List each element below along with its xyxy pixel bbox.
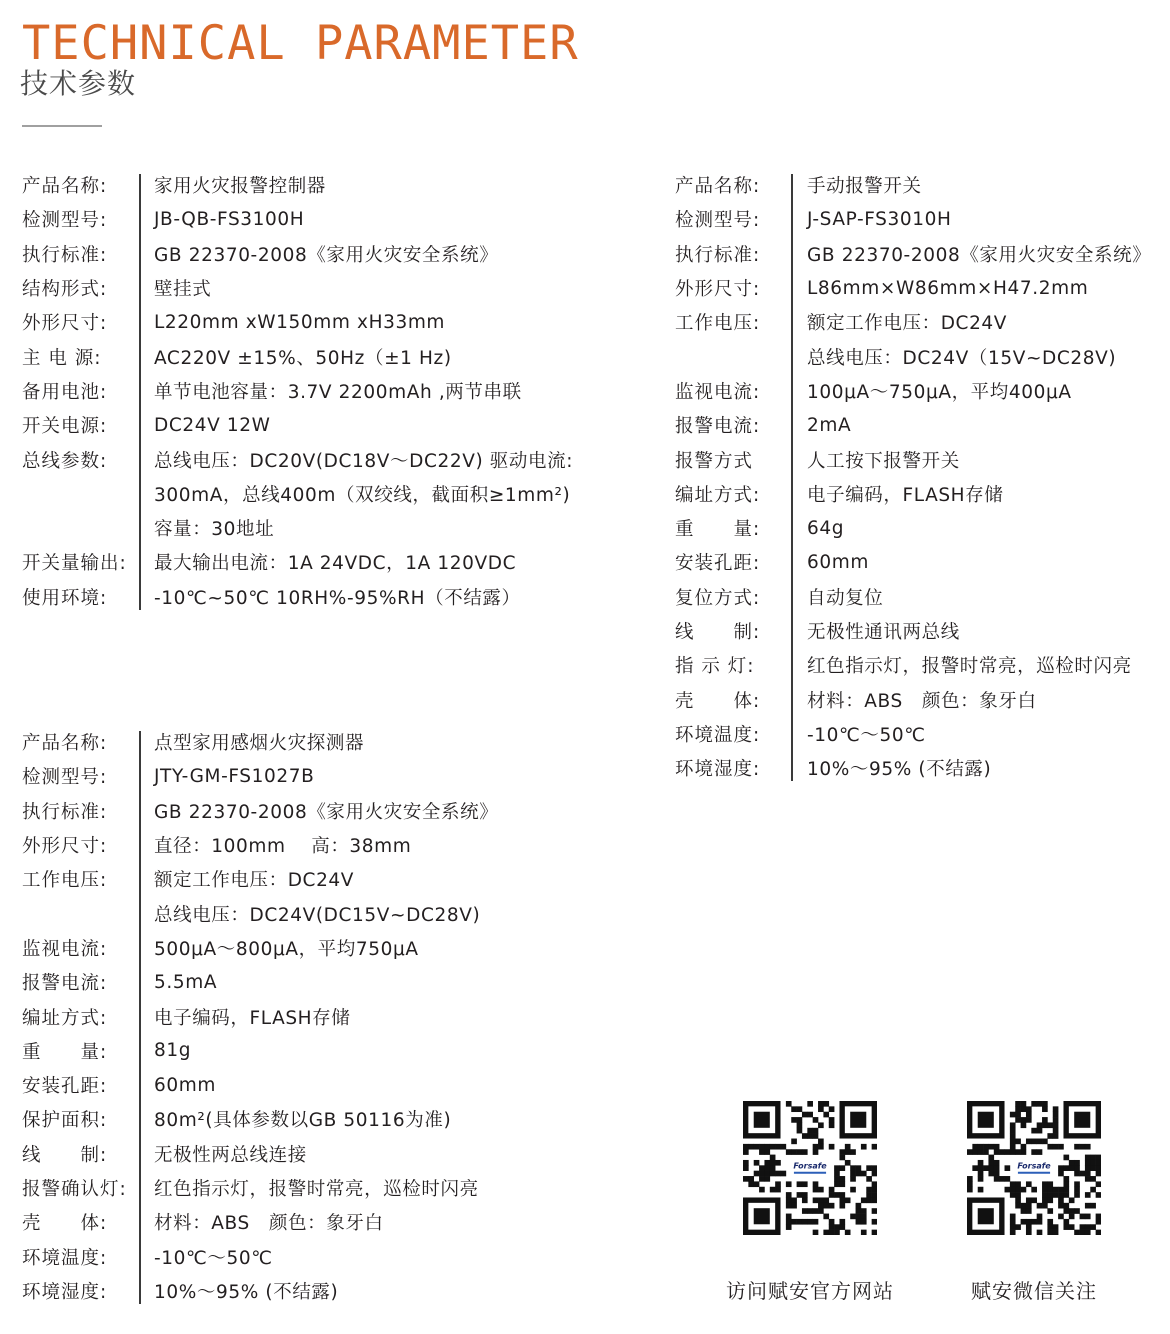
spec-value: 无极性两总线连接: [154, 1141, 307, 1167]
spec-row: 编址方式:电子编码，FLASH存储: [22, 999, 498, 1033]
spec-label: 复位方式:: [675, 584, 807, 610]
spec-row: 总线电压：DC24V(DC15V~DC28V): [22, 896, 498, 930]
spec-value: 60mm: [154, 1075, 216, 1096]
spec-row: 重 量:81g: [22, 1034, 498, 1068]
spec-value: 500μA～800μA，平均750μA: [154, 935, 419, 961]
spec-label: 保护面积:: [22, 1106, 154, 1132]
spec-row: 备用电池:单节电池容量：3.7V 2200mAh ,两节串联: [22, 374, 573, 408]
spec-value: -10℃～50℃: [154, 1244, 273, 1270]
spec-label: 主 电 源:: [22, 344, 154, 370]
spec-value: 材料：ABS 颜色：象牙白: [154, 1209, 384, 1235]
spec-label: 壳 体:: [22, 1209, 154, 1235]
spec-value: -10℃～50℃: [807, 721, 926, 747]
spec-row: 环境湿度:10%～95% (不结露): [22, 1274, 498, 1308]
spec-value: 60mm: [807, 552, 869, 573]
spec-label: 环境温度:: [675, 721, 807, 747]
spec-label: 产品名称:: [22, 729, 154, 755]
spec-value: 额定工作电压：DC24V: [807, 309, 1007, 335]
spec-row: 使用环境:-10℃~50℃ 10RH%-95%RH（不结露）: [22, 580, 573, 614]
spec-value: 电子编码，FLASH存储: [807, 481, 1003, 507]
spec-row: 执行标准:GB 22370-2008《家用火灾安全系统》: [675, 237, 1151, 271]
spec-row: 外形尺寸:L220mm xW150mm xH33mm: [22, 305, 573, 339]
spec-value: 总线电压：DC24V（15V~DC28V): [807, 344, 1116, 370]
spec-row: 指 示 灯:红色指示灯，报警时常亮，巡检时闪亮: [675, 648, 1151, 682]
spec-value: J-SAP-FS3010H: [807, 209, 952, 230]
spec-label: 使用环境:: [22, 584, 154, 610]
spec-value: 10%～95% (不结露): [154, 1278, 338, 1304]
spec-label: 报警电流:: [675, 412, 807, 438]
spec-label: 检测型号:: [22, 763, 154, 789]
spec-value: 手动报警开关: [807, 172, 922, 198]
spec-row: 监视电流:500μA～800μA，平均750μA: [22, 931, 498, 965]
spec-label: 开关电源:: [22, 412, 154, 438]
spec-label: 备用电池:: [22, 378, 154, 404]
spec-value: 81g: [154, 1040, 191, 1061]
spec-value: 直径：100mm 高：38mm: [154, 832, 411, 858]
spec-label: 重 量:: [675, 515, 807, 541]
spec-table-smoke-detector: 产品名称:点型家用感烟火灾探测器检测型号:JTY-GM-FS1027B执行标准:…: [22, 725, 498, 1308]
spec-row: 报警确认灯:红色指示灯，报警时常亮，巡检时闪亮: [22, 1171, 498, 1205]
spec-value: 自动复位: [807, 584, 883, 610]
spec-row: 壳 体:材料：ABS 颜色：象牙白: [675, 682, 1151, 716]
spec-label: 外形尺寸:: [22, 309, 154, 335]
spec-label: 检测型号:: [22, 206, 154, 232]
spec-value: GB 22370-2008《家用火灾安全系统》: [807, 241, 1151, 267]
svg-text:Forsafe: Forsafe: [1017, 1162, 1051, 1171]
spec-label: 安装孔距:: [675, 549, 807, 575]
spec-row: 容量：30地址: [22, 511, 573, 545]
spec-label: 环境温度:: [22, 1244, 154, 1270]
spec-row: 外形尺寸:直径：100mm 高：38mm: [22, 828, 498, 862]
spec-row: 线 制:无极性通讯两总线: [675, 614, 1151, 648]
spec-row: 开关电源:DC24V 12W: [22, 408, 573, 442]
spec-label: 报警方式: [675, 447, 807, 473]
spec-row: 重 量:64g: [675, 511, 1151, 545]
column-divider: [139, 731, 141, 1304]
spec-value: 80m²(具体参数以GB 50116为准): [154, 1106, 451, 1132]
spec-row: 安装孔距:60mm: [22, 1068, 498, 1102]
page-subtitle: 技术参数: [20, 66, 136, 102]
spec-row: 环境温度:-10℃～50℃: [675, 717, 1151, 751]
qr-caption: 赋安微信关注: [964, 1275, 1104, 1304]
spec-row: 复位方式:自动复位: [675, 580, 1151, 614]
spec-row: 总线参数:总线电压：DC20V(DC18V～DC22V) 驱动电流:: [22, 442, 573, 476]
spec-row: 执行标准:GB 22370-2008《家用火灾安全系统》: [22, 794, 498, 828]
spec-label: 线 制:: [675, 618, 807, 644]
spec-value: GB 22370-2008《家用火灾安全系统》: [154, 241, 498, 267]
spec-row: 检测型号:J-SAP-FS3010H: [675, 202, 1151, 236]
title-divider: [22, 125, 102, 127]
spec-value: 5.5mA: [154, 972, 217, 993]
spec-row: 工作电压:额定工作电压：DC24V: [675, 305, 1151, 339]
spec-label: 工作电压:: [22, 866, 154, 892]
spec-table-manual-switch: 产品名称:手动报警开关检测型号:J-SAP-FS3010H执行标准:GB 223…: [675, 168, 1151, 785]
spec-value: 100μA～750μA，平均400μA: [807, 378, 1072, 404]
spec-value: 点型家用感烟火灾探测器: [154, 729, 364, 755]
spec-value: L220mm xW150mm xH33mm: [154, 312, 445, 333]
spec-label: 外形尺寸:: [22, 832, 154, 858]
spec-row: 环境温度:-10℃～50℃: [22, 1239, 498, 1273]
spec-label: 编址方式:: [22, 1004, 154, 1030]
spec-label: 产品名称:: [22, 172, 154, 198]
spec-row: 总线电压：DC24V（15V~DC28V): [675, 339, 1151, 373]
spec-value: 总线电压：DC24V(DC15V~DC28V): [154, 901, 480, 927]
spec-value: 家用火灾报警控制器: [154, 172, 326, 198]
column-divider: [791, 174, 793, 781]
spec-row: 报警电流:2mA: [675, 408, 1151, 442]
spec-label: 环境湿度:: [22, 1278, 154, 1304]
spec-value: 人工按下报警开关: [807, 447, 960, 473]
spec-label: 执行标准:: [22, 241, 154, 267]
spec-row: 主 电 源:AC220V ±15%、50Hz（±1 Hz): [22, 339, 573, 373]
spec-table-controller: 产品名称:家用火灾报警控制器检测型号:JB-QB-FS3100H执行标准:GB …: [22, 168, 573, 614]
spec-label: 指 示 灯:: [675, 652, 807, 678]
spec-value: GB 22370-2008《家用火灾安全系统》: [154, 798, 498, 824]
spec-row: 开关量输出:最大输出电流：1A 24VDC，1A 120VDC: [22, 545, 573, 579]
spec-label: 壳 体:: [675, 687, 807, 713]
spec-label: 产品名称:: [675, 172, 807, 198]
spec-label: 编址方式:: [675, 481, 807, 507]
svg-text:Forsafe: Forsafe: [793, 1162, 827, 1171]
spec-row: 外形尺寸:L86mm×W86mm×H47.2mm: [675, 271, 1151, 305]
spec-label: 监视电流:: [22, 935, 154, 961]
spec-row: 监视电流:100μA～750μA，平均400μA: [675, 374, 1151, 408]
spec-value: 壁挂式: [154, 275, 211, 301]
qr-caption: 访问赋安官方网站: [722, 1275, 898, 1304]
spec-value: 最大输出电流：1A 24VDC，1A 120VDC: [154, 549, 516, 575]
qr-official-website: Forsafe 访问赋安官方网站: [722, 1101, 898, 1304]
spec-value: 红色指示灯，报警时常亮，巡检时闪亮: [807, 652, 1132, 678]
qr-code-icon: Forsafe: [743, 1101, 877, 1235]
spec-value: JTY-GM-FS1027B: [154, 766, 314, 787]
spec-value: DC24V 12W: [154, 415, 270, 436]
spec-value: JB-QB-FS3100H: [154, 209, 304, 230]
spec-value: 电子编码，FLASH存储: [154, 1004, 350, 1030]
spec-row: 壳 体:材料：ABS 颜色：象牙白: [22, 1205, 498, 1239]
spec-row: 报警电流:5.5mA: [22, 965, 498, 999]
spec-label: 执行标准:: [22, 798, 154, 824]
spec-row: 线 制:无极性两总线连接: [22, 1137, 498, 1171]
spec-row: 产品名称:点型家用感烟火灾探测器: [22, 725, 498, 759]
qr-code-icon: Forsafe: [967, 1101, 1101, 1235]
spec-value: 64g: [807, 518, 844, 539]
spec-label: 报警电流:: [22, 969, 154, 995]
spec-row: 环境湿度:10%～95% (不结露): [675, 751, 1151, 785]
spec-value: 容量：30地址: [154, 515, 274, 541]
spec-value: 额定工作电压：DC24V: [154, 866, 354, 892]
spec-value: L86mm×W86mm×H47.2mm: [807, 278, 1088, 299]
spec-value: 红色指示灯，报警时常亮，巡检时闪亮: [154, 1175, 479, 1201]
page-title: TECHNICAL PARAMETER: [22, 16, 579, 72]
spec-row: 检测型号:JB-QB-FS3100H: [22, 202, 573, 236]
spec-label: 外形尺寸:: [675, 275, 807, 301]
spec-value: 材料：ABS 颜色：象牙白: [807, 687, 1037, 713]
spec-row: 工作电压:额定工作电压：DC24V: [22, 862, 498, 896]
spec-row: 保护面积:80m²(具体参数以GB 50116为准): [22, 1102, 498, 1136]
spec-value: 单节电池容量：3.7V 2200mAh ,两节串联: [154, 378, 522, 404]
spec-label: 重 量:: [22, 1038, 154, 1064]
spec-value: AC220V ±15%、50Hz（±1 Hz): [154, 344, 452, 370]
spec-value: 总线电压：DC20V(DC18V～DC22V) 驱动电流:: [154, 447, 573, 473]
spec-value: 2mA: [807, 415, 851, 436]
column-divider: [139, 174, 141, 610]
qr-wechat-follow: Forsafe 赋安微信关注: [964, 1101, 1104, 1304]
spec-row: 结构形式:壁挂式: [22, 271, 573, 305]
spec-row: 执行标准:GB 22370-2008《家用火灾安全系统》: [22, 237, 573, 271]
spec-label: 开关量输出:: [22, 549, 154, 575]
spec-row: 产品名称:家用火灾报警控制器: [22, 168, 573, 202]
spec-value: 无极性通讯两总线: [807, 618, 960, 644]
spec-label: 检测型号:: [675, 206, 807, 232]
spec-row: 300mA，总线400m（双绞线，截面积≥1mm²): [22, 477, 573, 511]
spec-label: 安装孔距:: [22, 1072, 154, 1098]
spec-label: 执行标准:: [675, 241, 807, 267]
spec-value: 300mA，总线400m（双绞线，截面积≥1mm²): [154, 481, 570, 507]
spec-label: 总线参数:: [22, 447, 154, 473]
spec-label: 工作电压:: [675, 309, 807, 335]
spec-row: 产品名称:手动报警开关: [675, 168, 1151, 202]
spec-value: -10℃~50℃ 10RH%-95%RH（不结露）: [154, 584, 521, 610]
spec-label: 监视电流:: [675, 378, 807, 404]
spec-label: 环境湿度:: [675, 755, 807, 781]
spec-row: 检测型号:JTY-GM-FS1027B: [22, 759, 498, 793]
spec-label: 结构形式:: [22, 275, 154, 301]
spec-row: 编址方式:电子编码，FLASH存储: [675, 477, 1151, 511]
spec-row: 安装孔距:60mm: [675, 545, 1151, 579]
spec-value: 10%～95% (不结露): [807, 755, 991, 781]
spec-row: 报警方式人工按下报警开关: [675, 442, 1151, 476]
spec-label: 线 制:: [22, 1141, 154, 1167]
spec-label: 报警确认灯:: [22, 1175, 154, 1201]
